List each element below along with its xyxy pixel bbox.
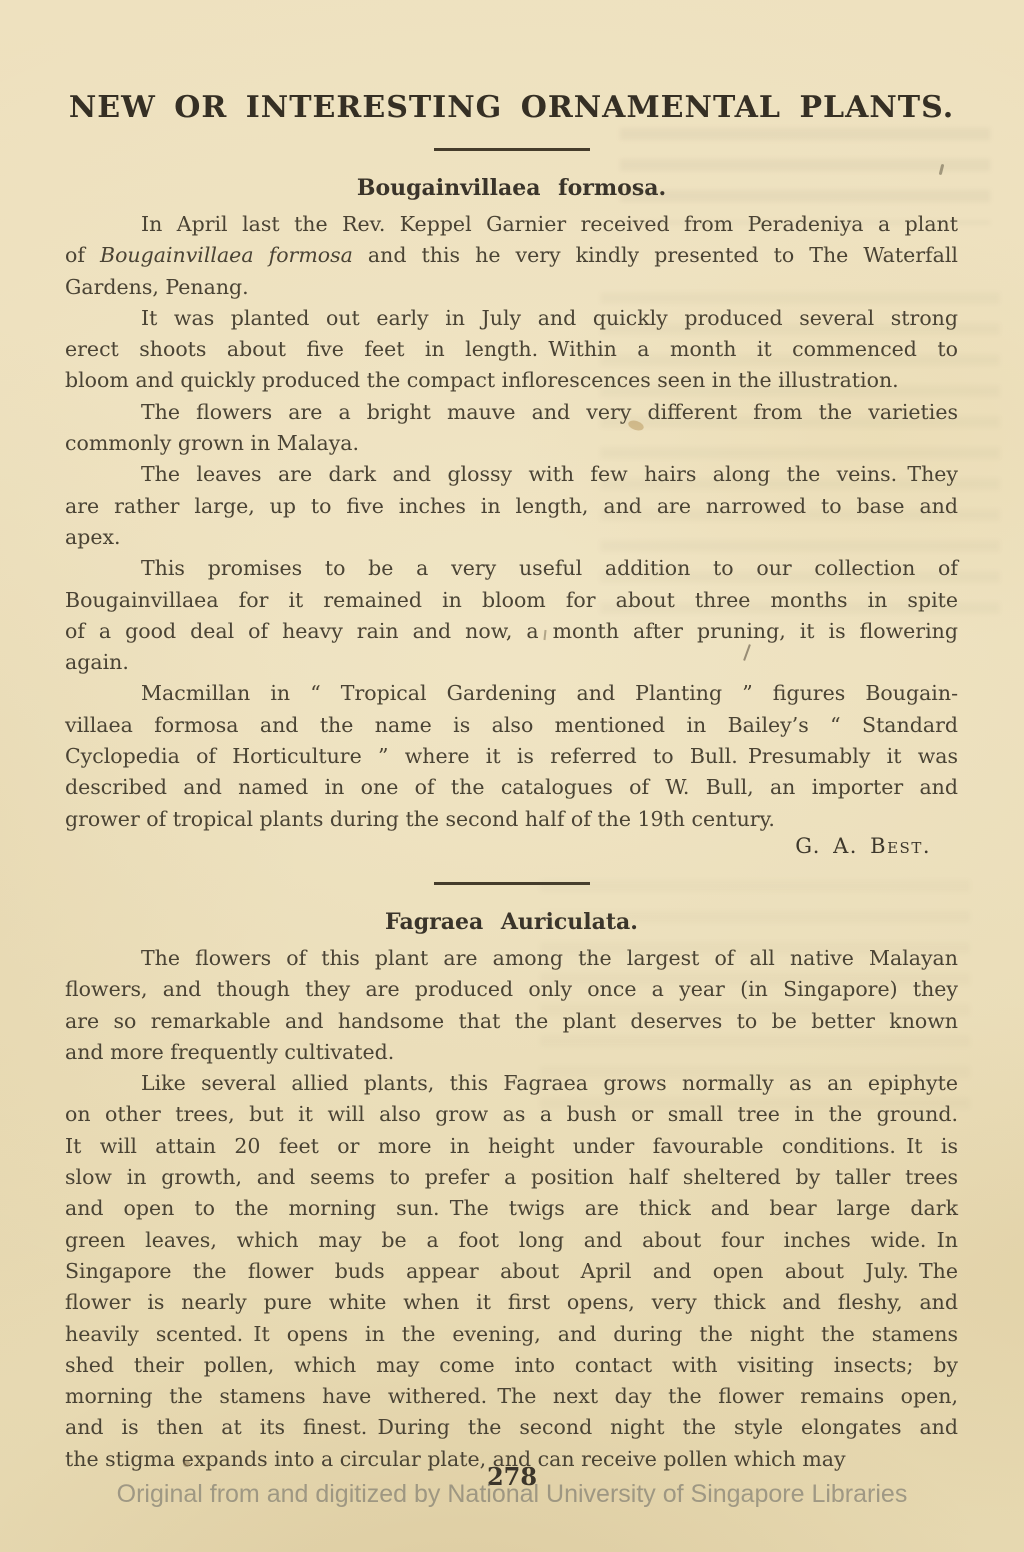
paragraph: Like several allied plants, this Fagraea… <box>65 1068 958 1475</box>
text-line: and open to the morning sun. The twigs a… <box>65 1193 958 1224</box>
text-segment: The flowers are a bright mauve and very … <box>141 400 958 424</box>
text-segment: grower of tropical plants during the sec… <box>65 807 775 831</box>
section-heading: Bougainvillaea formosa. <box>65 173 958 203</box>
divider-rule <box>434 882 590 885</box>
text-segment: of <box>65 243 100 267</box>
divider-rule <box>434 148 590 151</box>
text-segment: Gardens, Penang. <box>65 275 249 299</box>
text-line: are so remarkable and handsome that the … <box>65 1006 958 1037</box>
text-segment: again. <box>65 650 129 674</box>
text-segment: The flowers of this plant are among the … <box>141 946 958 970</box>
paragraph: Macmillan in “ Tropical Gardening and Pl… <box>65 678 958 834</box>
text-line: flowers, and though they are produced on… <box>65 974 958 1005</box>
text-line: Macmillan in “ Tropical Gardening and Pl… <box>65 678 958 709</box>
text-segment: and this he very kindly presented to The… <box>353 243 958 267</box>
text-segment: are so remarkable and handsome that the … <box>65 1009 958 1033</box>
text-segment: are rather large, up to five inches in l… <box>65 494 958 518</box>
text-segment: heavily scented. It opens in the evening… <box>65 1322 958 1346</box>
text-line: It will attain 20 feet or more in height… <box>65 1131 958 1162</box>
section-heading: Fagraea Auriculata. <box>65 907 958 937</box>
text-line: of Bougainvillaea formosa and this he ve… <box>65 240 958 271</box>
text-segment: apex. <box>65 525 121 549</box>
text-line: This promises to be a very useful additi… <box>65 553 958 584</box>
text-line: The leaves are dark and glossy with few … <box>65 459 958 490</box>
text-segment: Like several allied plants, this Fagraea… <box>141 1071 958 1095</box>
text-line: Cyclopedia of Horticulture ” where it is… <box>65 741 958 772</box>
text-line: heavily scented. It opens in the evening… <box>65 1319 958 1350</box>
text-segment: This promises to be a very useful additi… <box>141 556 958 580</box>
text-line: described and named in one of the catalo… <box>65 772 958 803</box>
text-segment: It was planted out early in July and qui… <box>141 306 958 330</box>
paragraph: This promises to be a very useful additi… <box>65 553 958 678</box>
text-line: morning the stamens have withered. The n… <box>65 1381 958 1412</box>
text-line: The flowers of this plant are among the … <box>65 943 958 974</box>
text-segment: and is then at its finest. During the se… <box>65 1415 958 1439</box>
text-segment: slow in growth, and seems to prefer a po… <box>65 1165 958 1189</box>
text-line: flower is nearly pure white when it firs… <box>65 1287 958 1318</box>
text-segment: green leaves, which may be a foot long a… <box>65 1228 958 1252</box>
text-segment: of a good deal of heavy rain and now, a … <box>65 619 958 643</box>
text-segment: Cyclopedia of Horticulture ” where it is… <box>65 744 958 768</box>
page-title: NEW OR INTERESTING ORNAMENTAL PLANTS. <box>65 89 958 127</box>
text-line: and more frequently cultivated. <box>65 1037 958 1068</box>
text-segment: Singapore the flower buds appear about A… <box>65 1259 958 1283</box>
text-line: and is then at its finest. During the se… <box>65 1412 958 1443</box>
text-segment: It will attain 20 feet or more in height… <box>65 1134 958 1158</box>
text-line: Bougainvillaea for it remained in bloom … <box>65 585 958 616</box>
text-line: green leaves, which may be a foot long a… <box>65 1225 958 1256</box>
text-segment: villaea formosa and the name is also men… <box>65 713 958 737</box>
text-segment: shed their pollen, which may come into c… <box>65 1353 958 1377</box>
paragraph: In April last the Rev. Keppel Garnier re… <box>65 209 958 303</box>
text-segment: Macmillan in “ Tropical Gardening and Pl… <box>141 681 958 705</box>
text-segment: commonly grown in Malaya. <box>65 431 359 455</box>
text-segment: on other trees, but it will also grow as… <box>65 1102 958 1126</box>
text-line: apex. <box>65 522 958 553</box>
text-line: It was planted out early in July and qui… <box>65 303 958 334</box>
paragraph: It was planted out early in July and qui… <box>65 303 958 397</box>
text-line: In April last the Rev. Keppel Garnier re… <box>65 209 958 240</box>
article-sections: Bougainvillaea formosa.In April last the… <box>65 173 958 1475</box>
text-segment: Bougainvillaea for it remained in bloom … <box>65 588 958 612</box>
text-segment: flower is nearly pure white when it firs… <box>65 1290 958 1314</box>
text-segment: and more frequently cultivated. <box>65 1040 394 1064</box>
text-line: erect shoots about five feet in length. … <box>65 334 958 365</box>
author-signature: G. A. Best. <box>65 831 958 861</box>
text-line: commonly grown in Malaya. <box>65 428 958 459</box>
library-watermark: Original from and digitized by National … <box>0 1477 1024 1511</box>
scanned-page: NEW OR INTERESTING ORNAMENTAL PLANTS. Bo… <box>0 0 1024 1552</box>
text-segment: and open to the morning sun. The twigs a… <box>65 1196 958 1220</box>
text-segment: The leaves are dark and glossy with few … <box>141 462 958 486</box>
text-line: slow in growth, and seems to prefer a po… <box>65 1162 958 1193</box>
text-line: are rather large, up to five inches in l… <box>65 491 958 522</box>
text-line: shed their pollen, which may come into c… <box>65 1350 958 1381</box>
text-segment: described and named in one of the catalo… <box>65 775 958 799</box>
italic-text-segment: Bougainvillaea formosa <box>100 243 353 267</box>
paragraph: The leaves are dark and glossy with few … <box>65 459 958 553</box>
text-segment: bloom and quickly produced the compact i… <box>65 368 899 392</box>
text-line: Gardens, Penang. <box>65 272 958 303</box>
text-line: bloom and quickly produced the compact i… <box>65 365 958 396</box>
text-segment: morning the stamens have withered. The n… <box>65 1384 958 1408</box>
text-line: of a good deal of heavy rain and now, a … <box>65 616 958 647</box>
text-line: The flowers are a bright mauve and very … <box>65 397 958 428</box>
paragraph: The flowers are a bright mauve and very … <box>65 397 958 460</box>
text-line: villaea formosa and the name is also men… <box>65 710 958 741</box>
text-line: Like several allied plants, this Fagraea… <box>65 1068 958 1099</box>
text-segment: erect shoots about five feet in length. … <box>65 337 958 361</box>
text-line: on other trees, but it will also grow as… <box>65 1099 958 1130</box>
paragraph: The flowers of this plant are among the … <box>65 943 958 1068</box>
text-segment: flowers, and though they are produced on… <box>65 977 958 1001</box>
text-segment: In April last the Rev. Keppel Garnier re… <box>141 212 958 236</box>
text-line: again. <box>65 647 958 678</box>
text-line: Singapore the flower buds appear about A… <box>65 1256 958 1287</box>
